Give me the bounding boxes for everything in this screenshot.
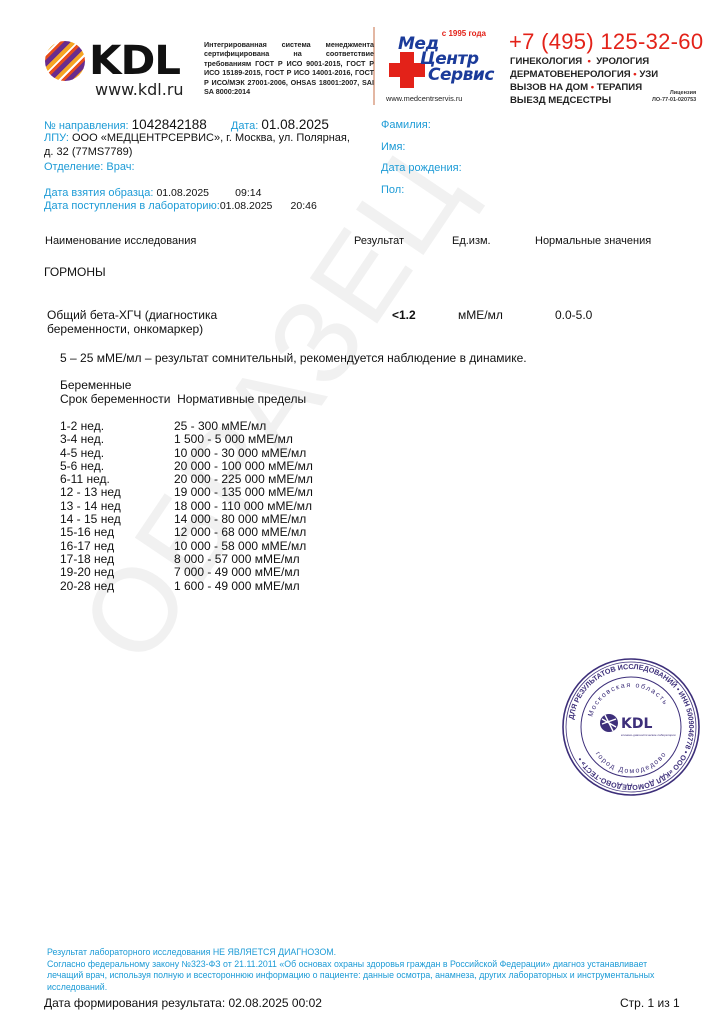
sample-date: 01.08.2025: [156, 187, 209, 199]
department-label: Отделение: Врач:: [44, 160, 135, 174]
page-number: Стр. 1 из 1: [620, 996, 680, 1010]
services-row-2: ДЕРМАТОВЕНЕРОЛОГИЯ • УЗИ: [510, 68, 658, 81]
svg-text:Московская область: Московская область: [587, 682, 669, 718]
generated-date: Дата формирования результата: 02.08.2025…: [44, 996, 322, 1010]
result-comment: 5 – 25 мМЕ/мл – результат сомнительный, …: [60, 351, 527, 365]
services-row-3: ВЫЗОВ НА ДОМ • ТЕРАПИЯ: [510, 81, 658, 94]
test-result: <1.2: [392, 308, 416, 322]
reference-row: 6-11 нед.20 000 - 225 000 мМЕ/мл: [60, 473, 313, 486]
svg-text:клинико-диагностические лабора: клинико-диагностические лаборатории: [621, 733, 676, 737]
kdl-brand: KDL: [89, 36, 180, 86]
license: Лицензия ЛО-77-01-020753: [652, 90, 696, 103]
reference-term: 4-5 нед.: [60, 447, 174, 460]
lab-date-label: Дата поступления в лабораторию:: [44, 200, 220, 212]
reference-row: 16-17 нед10 000 - 58 000 мМЕ/мл: [60, 540, 313, 553]
lab-time: 20:46: [291, 200, 317, 212]
surname-label: Фамилия:: [381, 118, 431, 132]
reference-term: 13 - 14 нед: [60, 500, 174, 513]
kdl-globe-icon: [45, 41, 85, 81]
logo-word-3: Сервис: [428, 67, 494, 84]
kdl-logo: KDL www.kdl.ru: [45, 36, 185, 100]
reference-term: 16-17 нед: [60, 540, 174, 553]
reference-range: 12 000 - 68 000 мМЕ/мл: [174, 526, 306, 539]
lab-date-row: Дата поступления в лабораторию:01.08.202…: [44, 199, 317, 213]
lpu-label: ЛПУ:: [44, 132, 69, 144]
column-unit: Ед.изм.: [452, 235, 491, 247]
sex-label: Пол:: [381, 183, 404, 197]
reference-range: 10 000 - 30 000 мМЕ/мл: [174, 447, 306, 460]
reference-range: 20 000 - 225 000 мМЕ/мл: [174, 473, 313, 486]
reference-term: 19-20 нед: [60, 566, 174, 579]
svg-text:KDL: KDL: [621, 716, 652, 732]
reference-range: 25 - 300 мМЕ/мл: [174, 420, 266, 433]
services-list: ГИНЕКОЛОГИЯ • УРОЛОГИЯ ДЕРМАТОВЕНЕРОЛОГИ…: [510, 55, 658, 107]
lab-date: 01.08.2025: [220, 200, 273, 212]
pregnancy-reference-table: 1-2 нед.25 - 300 мМЕ/мл3-4 нед.1 500 - 5…: [60, 420, 313, 593]
name-label: Имя:: [381, 140, 405, 154]
reference-term: 17-18 нед: [60, 553, 174, 566]
referral-number: 1042842188: [132, 117, 207, 132]
reference-range: 18 000 - 110 000 мМЕ/мл: [174, 500, 312, 513]
reference-row: 4-5 нед.10 000 - 30 000 мМЕ/мл: [60, 447, 313, 460]
column-norm: Нормальные значения: [535, 235, 651, 247]
reference-term: 15-16 нед: [60, 526, 174, 539]
sample-date-label: Дата взятия образца:: [44, 187, 153, 199]
section-title: ГОРМОНЫ: [44, 265, 106, 279]
reference-row: 5-6 нед.20 000 - 100 000 мМЕ/мл: [60, 460, 313, 473]
reference-range: 7 000 - 49 000 мМЕ/мл: [174, 566, 300, 579]
reference-range: 1 600 - 49 000 мМЕ/мл: [174, 580, 300, 593]
reference-row: 14 - 15 нед14 000 - 80 000 мМЕ/мл: [60, 513, 313, 526]
reference-row: 20-28 нед1 600 - 49 000 мМЕ/мл: [60, 580, 313, 593]
test-norm: 0.0-5.0: [555, 308, 592, 322]
reference-row: 17-18 нед8 000 - 57 000 мМЕ/мл: [60, 553, 313, 566]
test-name: Общий бета-ХГЧ (диагностика беременности…: [47, 308, 267, 336]
certification-text: Интегрированная система менеджмента серт…: [204, 40, 374, 96]
reference-range: 1 500 - 5 000 мМЕ/мл: [174, 433, 293, 446]
reference-row: 15-16 нед12 000 - 68 000 мМЕ/мл: [60, 526, 313, 539]
medcentr-url: www.medcentrservis.ru: [386, 94, 462, 103]
reference-range: 19 000 - 135 000 мМЕ/мл: [174, 486, 313, 499]
test-unit: мМЕ/мл: [458, 308, 503, 322]
birthdate-label: Дата рождения:: [381, 161, 462, 175]
medcentrservis-logo: с 1995 года Мед Центр Сервис www.medcent…: [384, 28, 494, 106]
reference-term: 3-4 нед.: [60, 433, 174, 446]
reference-row: 12 - 13 нед19 000 - 135 000 мМЕ/мл: [60, 486, 313, 499]
reference-range: 14 000 - 80 000 мМЕ/мл: [174, 513, 306, 526]
services-row-1: ГИНЕКОЛОГИЯ • УРОЛОГИЯ: [510, 55, 658, 68]
reference-term: 12 - 13 нед: [60, 486, 174, 499]
lpu-value: ООО «МЕДЦЕНТРСЕРВИС», г. Москва, ул. Пол…: [44, 132, 350, 158]
disclaimer: Результат лабораторного исследования НЕ …: [47, 947, 667, 993]
reference-range: 20 000 - 100 000 мМЕ/мл: [174, 460, 313, 473]
column-test-name: Наименование исследования: [45, 235, 196, 247]
pregnancy-block-title: Беременные Срок беременности Нормативные…: [60, 378, 306, 406]
reference-row: 19-20 нед7 000 - 49 000 мМЕ/мл: [60, 566, 313, 579]
sample-time: 09:14: [235, 187, 261, 199]
reference-term: 6-11 нед.: [60, 473, 174, 486]
services-row-4: ВЫЕЗД МЕДСЕСТРЫ: [510, 94, 658, 107]
phone-number: +7 (495) 125-32-60: [509, 29, 703, 55]
kdl-stamp: ДЛЯ РЕЗУЛЬТАТОВ ИССЛЕДОВАНИЙ • ИНН 50090…: [561, 657, 701, 797]
svg-text:город Домодедово: город Домодедово: [594, 750, 669, 775]
reference-row: 3-4 нед.1 500 - 5 000 мМЕ/мл: [60, 433, 313, 446]
reference-term: 1-2 нед.: [60, 420, 174, 433]
since-year: с 1995 года: [442, 29, 486, 38]
reference-row: 13 - 14 нед18 000 - 110 000 мМЕ/мл: [60, 500, 313, 513]
sample-date-row: Дата взятия образца: 01.08.2025 09:14: [44, 186, 261, 200]
reference-term: 20-28 нед: [60, 580, 174, 593]
referral-date: 01.08.2025: [261, 117, 329, 132]
column-result: Результат: [354, 235, 404, 247]
reference-term: 5-6 нед.: [60, 460, 174, 473]
reference-term: 14 - 15 нед: [60, 513, 174, 526]
reference-range: 8 000 - 57 000 мМЕ/мл: [174, 553, 300, 566]
reference-row: 1-2 нед.25 - 300 мМЕ/мл: [60, 420, 313, 433]
reference-range: 10 000 - 58 000 мМЕ/мл: [174, 540, 306, 553]
kdl-url: www.kdl.ru: [95, 80, 184, 99]
lpu-row: ЛПУ: ООО «МЕДЦЕНТРСЕРВИС», г. Москва, ул…: [44, 131, 354, 159]
